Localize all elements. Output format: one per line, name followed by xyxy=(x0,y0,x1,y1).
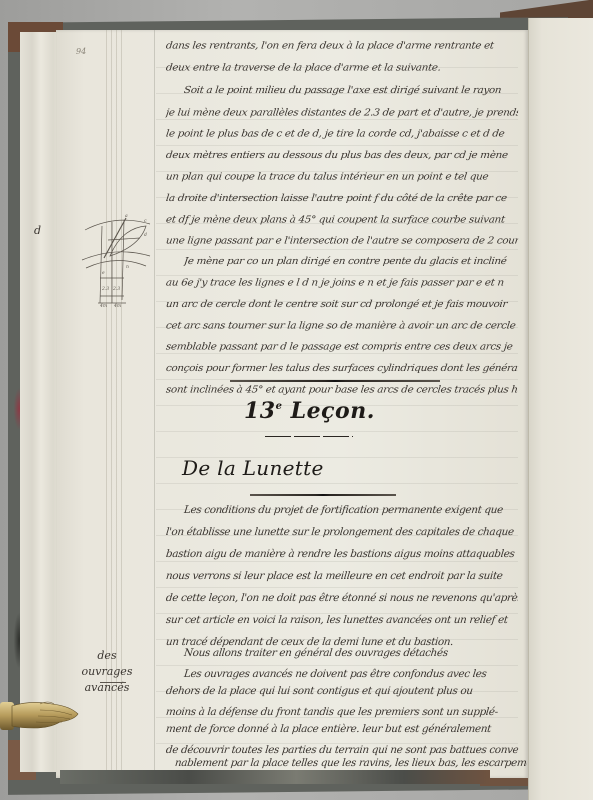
diagram-label: d xyxy=(144,232,147,238)
diagram-label: a xyxy=(125,214,128,219)
text-line: deux entre la traverse de la place d'arm… xyxy=(165,62,518,73)
diagram-label: 4m xyxy=(99,303,107,308)
text-line: de découvrir toutes les parties du terra… xyxy=(165,744,518,756)
text-line: Soit a le point milieu du passage l'axe … xyxy=(183,85,518,96)
text-line: au 6e j'y trace les lignes e l d n je jo… xyxy=(165,277,518,288)
diagram-label: e xyxy=(102,271,105,276)
text-line: conçois pour former les talus des surfac… xyxy=(165,363,518,374)
text-line: je lui mène deux parallèles distantes de… xyxy=(165,107,518,118)
text-line: un plan qui coupe la trace du talus inté… xyxy=(165,171,518,182)
text-line: Les conditions du projet de fortificatio… xyxy=(183,504,518,516)
text-line: sont inclinées à 45° et ayant pour base … xyxy=(165,384,518,395)
heading-rule-top xyxy=(230,380,440,382)
text-line: de cette leçon, l'on ne doit pas être ét… xyxy=(165,592,518,604)
text-line: Les ouvrages avancés ne doivent pas être… xyxy=(183,668,518,680)
text-line: l'on établisse une lunette sur le prolon… xyxy=(165,526,518,538)
margin-note-underline xyxy=(100,682,126,683)
margin-note-ouvrages-avances: des ouvrages avancés xyxy=(72,648,142,696)
diagram-label: n xyxy=(126,265,129,270)
text-line: la droite d'intersection laisse l'autre … xyxy=(165,193,518,204)
margin-rule xyxy=(154,30,155,778)
section-title: De la Lunette xyxy=(182,456,324,480)
text-line: et df je mène deux plans à 45° qui coupe… xyxy=(165,214,518,225)
text-line: un arc de cercle dont le centre soit sur… xyxy=(165,299,518,310)
text-line: Je mène par co un plan dirigé en contre … xyxy=(183,256,518,267)
text-line: semblable passant par d le passage est c… xyxy=(165,341,518,352)
text-line: le point le plus bas de c et de d, je ti… xyxy=(165,128,518,139)
diagram-label: 2.3 xyxy=(101,286,109,292)
text-line: bastion aigu de manière à rendre les bas… xyxy=(165,548,518,560)
marbled-bottom-edge xyxy=(60,770,490,784)
text-line: nous verrons si leur place est la meille… xyxy=(165,570,518,582)
text-line: moins à la défense du front tandis que l… xyxy=(165,706,518,718)
text-line: dans les rentrants, l'on en fera deux à … xyxy=(165,40,518,51)
diagram-label: 4m xyxy=(113,303,121,308)
text-line: dehors de la place qui lui sont contigus… xyxy=(165,685,518,697)
text-line: cet arc sans tourner sur la ligne so de … xyxy=(165,320,518,331)
text-line: ment de force donné à la place entière. … xyxy=(165,723,518,735)
lesson-word: Leçon xyxy=(291,398,367,424)
facing-page xyxy=(528,18,593,800)
text-line: Nous allons traiter en général des ouvra… xyxy=(183,647,518,659)
folio-number: 94 xyxy=(76,47,86,56)
diagram-label: 2.3 xyxy=(112,286,120,292)
text-line: nablement par la place telles que les ra… xyxy=(174,757,527,769)
text-line: sur cet article en voici la raison, les … xyxy=(165,614,518,626)
fortification-diagram: a c d e n 2.3 2.3 4m 4m xyxy=(80,208,152,308)
heading-rule-bottom xyxy=(250,494,396,496)
brass-hand-clasp-icon[interactable] xyxy=(0,694,80,738)
lesson-number: 13 xyxy=(244,398,276,424)
margin-note-d: d xyxy=(34,224,41,237)
lesson-ordinal: e xyxy=(276,401,283,412)
text-line: une ligne passant par e l'intersection d… xyxy=(165,235,518,246)
lesson-title: 13e Leçon. xyxy=(244,398,384,424)
heading-dash-rule xyxy=(265,436,353,437)
text-line: deux mètres entiers au dessous du plus b… xyxy=(165,150,518,161)
